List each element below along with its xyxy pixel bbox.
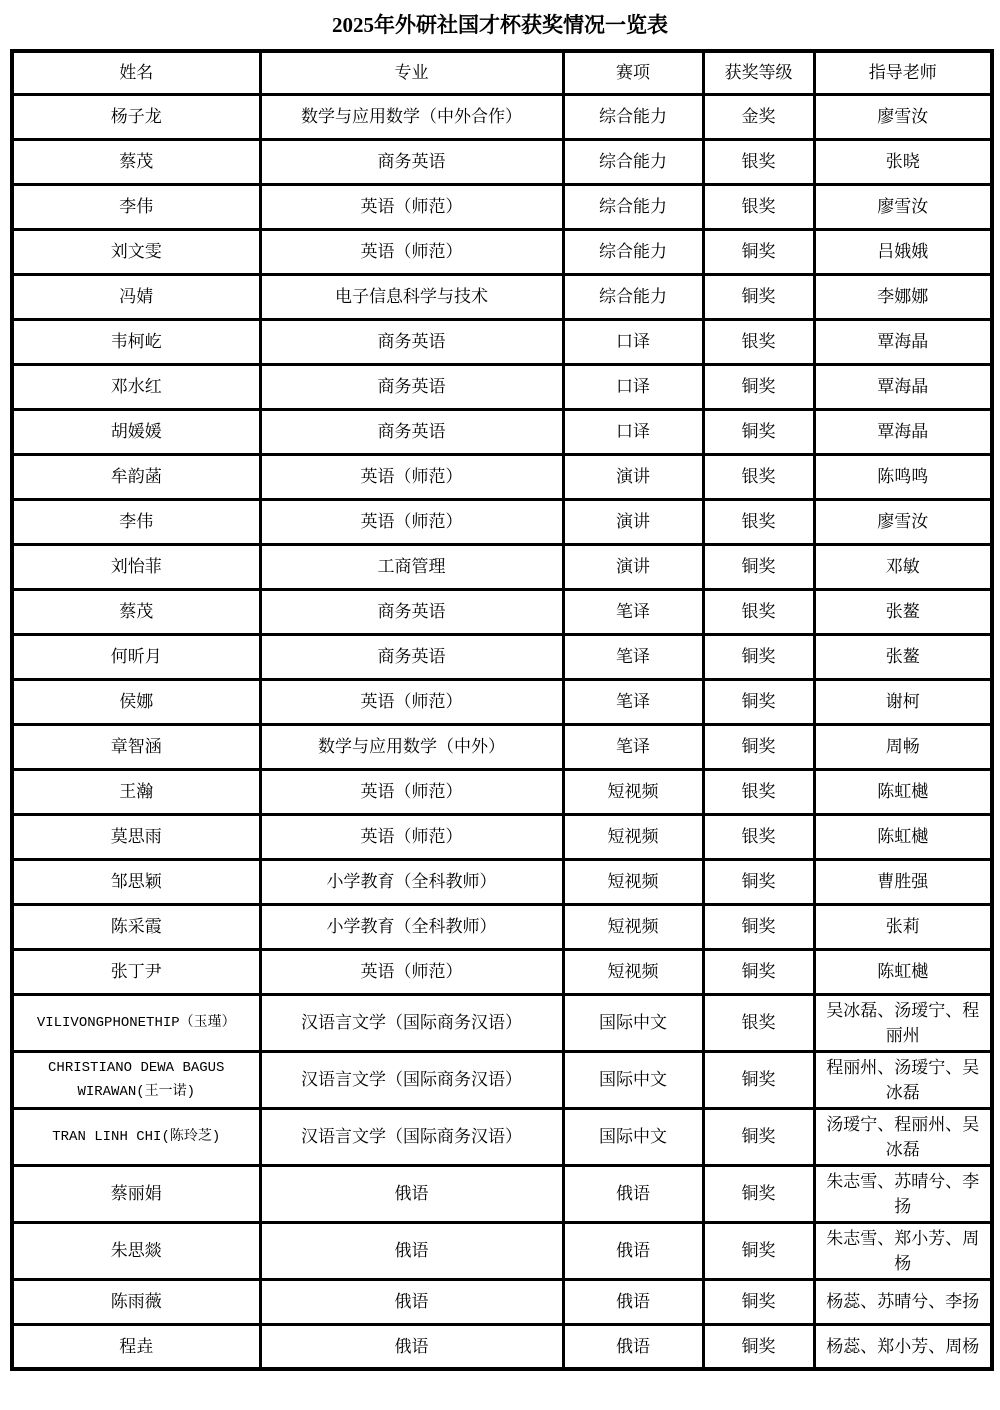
table-row: 蔡丽娟俄语俄语铜奖朱志雪、苏晴兮、李扬 — [12, 1165, 992, 1222]
table-cell: 程丽州、汤瑷宁、吴冰磊 — [814, 1051, 992, 1108]
table-cell: 曹胜强 — [814, 859, 992, 904]
table-cell: 廖雪汝 — [814, 94, 992, 139]
table-row: 杨子龙数学与应用数学（中外合作）综合能力金奖廖雪汝 — [12, 94, 992, 139]
table-row: CHRISTIANO DEWA BAGUS WIRAWAN(王一诺)汉语言文学（… — [12, 1051, 992, 1108]
table-cell: 俄语 — [563, 1324, 703, 1369]
table-cell: 银奖 — [703, 589, 814, 634]
table-cell: 国际中文 — [563, 994, 703, 1051]
table-cell: 李伟 — [12, 184, 260, 229]
table-cell: 短视频 — [563, 769, 703, 814]
table-row: TRAN LINH CHI(陈玲芝)汉语言文学（国际商务汉语）国际中文铜奖汤瑷宁… — [12, 1108, 992, 1165]
table-cell: 综合能力 — [563, 229, 703, 274]
table-cell: 短视频 — [563, 949, 703, 994]
table-cell: 周畅 — [814, 724, 992, 769]
table-cell: 朱志雪、苏晴兮、李扬 — [814, 1165, 992, 1222]
table-cell: 杨子龙 — [12, 94, 260, 139]
table-cell: 英语（师范） — [260, 184, 563, 229]
table-row: 何昕月商务英语笔译铜奖张鳌 — [12, 634, 992, 679]
table-row: 蔡茂商务英语综合能力银奖张晓 — [12, 139, 992, 184]
table-cell: 铜奖 — [703, 364, 814, 409]
table-cell: 商务英语 — [260, 409, 563, 454]
table-row: 蔡茂商务英语笔译银奖张鳌 — [12, 589, 992, 634]
table-cell: 朱思燚 — [12, 1222, 260, 1279]
table-cell: 邹思颖 — [12, 859, 260, 904]
table-cell: 银奖 — [703, 814, 814, 859]
table-cell: 张晓 — [814, 139, 992, 184]
table-cell: 侯娜 — [12, 679, 260, 724]
table-cell: 何昕月 — [12, 634, 260, 679]
table-row: 程垚俄语俄语铜奖杨蕊、郑小芳、周杨 — [12, 1324, 992, 1369]
table-cell: 李伟 — [12, 499, 260, 544]
table-cell: 综合能力 — [563, 274, 703, 319]
table-cell: 笔译 — [563, 589, 703, 634]
table-cell: 廖雪汝 — [814, 499, 992, 544]
table-cell: 笔译 — [563, 679, 703, 724]
table-cell: 铜奖 — [703, 1165, 814, 1222]
table-cell: 俄语 — [563, 1222, 703, 1279]
table-cell: 铜奖 — [703, 1279, 814, 1324]
table-cell: 银奖 — [703, 184, 814, 229]
table-row: 朱思燚俄语俄语铜奖朱志雪、郑小芳、周杨 — [12, 1222, 992, 1279]
table-row: 陈采霞小学教育（全科教师）短视频铜奖张莉 — [12, 904, 992, 949]
table-cell: 蔡丽娟 — [12, 1165, 260, 1222]
table-cell: 廖雪汝 — [814, 184, 992, 229]
table-cell: 汤瑷宁、程丽州、吴冰磊 — [814, 1108, 992, 1165]
table-cell: 张鳌 — [814, 589, 992, 634]
table-row: 王瀚英语（师范）短视频银奖陈虹樾 — [12, 769, 992, 814]
table-cell: 张莉 — [814, 904, 992, 949]
table-cell: 牟韵菡 — [12, 454, 260, 499]
table-cell: 银奖 — [703, 139, 814, 184]
table-cell: 银奖 — [703, 499, 814, 544]
table-row: 莫思雨英语（师范）短视频银奖陈虹樾 — [12, 814, 992, 859]
table-cell: 陈采霞 — [12, 904, 260, 949]
table-row: 邓水红商务英语口译铜奖覃海晶 — [12, 364, 992, 409]
table-cell: VILIVONGPHONETHIP（玉瑾） — [12, 994, 260, 1051]
table-cell: 商务英语 — [260, 319, 563, 364]
table-cell: 吕娥娥 — [814, 229, 992, 274]
table-cell: 短视频 — [563, 814, 703, 859]
table-cell: 银奖 — [703, 454, 814, 499]
table-cell: 汉语言文学（国际商务汉语） — [260, 1108, 563, 1165]
table-cell: 刘文雯 — [12, 229, 260, 274]
table-cell: 短视频 — [563, 904, 703, 949]
table-cell: 胡媛媛 — [12, 409, 260, 454]
table-cell: 俄语 — [260, 1324, 563, 1369]
table-cell: 覃海晶 — [814, 409, 992, 454]
table-cell: 杨蕊、郑小芳、周杨 — [814, 1324, 992, 1369]
table-cell: 铜奖 — [703, 274, 814, 319]
table-cell: 国际中文 — [563, 1051, 703, 1108]
table-cell: 俄语 — [563, 1279, 703, 1324]
table-cell: 铜奖 — [703, 949, 814, 994]
table-cell: 银奖 — [703, 769, 814, 814]
table-row: 冯婧电子信息科学与技术综合能力铜奖李娜娜 — [12, 274, 992, 319]
table-cell: 英语（师范） — [260, 499, 563, 544]
table-cell: 英语（师范） — [260, 454, 563, 499]
table-cell: 综合能力 — [563, 184, 703, 229]
table-cell: TRAN LINH CHI(陈玲芝) — [12, 1108, 260, 1165]
column-header: 姓名 — [12, 51, 260, 94]
column-header: 获奖等级 — [703, 51, 814, 94]
table-cell: 综合能力 — [563, 94, 703, 139]
table-row: 侯娜英语（师范）笔译铜奖谢柯 — [12, 679, 992, 724]
table-cell: 数学与应用数学（中外） — [260, 724, 563, 769]
table-cell: 铜奖 — [703, 1324, 814, 1369]
table-cell: 冯婧 — [12, 274, 260, 319]
column-header: 指导老师 — [814, 51, 992, 94]
table-cell: 英语（师范） — [260, 814, 563, 859]
table-cell: 英语（师范） — [260, 769, 563, 814]
table-cell: 俄语 — [260, 1222, 563, 1279]
table-cell: CHRISTIANO DEWA BAGUS WIRAWAN(王一诺) — [12, 1051, 260, 1108]
table-row: 李伟英语（师范）综合能力银奖廖雪汝 — [12, 184, 992, 229]
table-cell: 综合能力 — [563, 139, 703, 184]
table-cell: 商务英语 — [260, 589, 563, 634]
table-cell: 汉语言文学（国际商务汉语） — [260, 994, 563, 1051]
table-cell: 口译 — [563, 409, 703, 454]
table-cell: 俄语 — [563, 1165, 703, 1222]
column-header: 专业 — [260, 51, 563, 94]
table-cell: 笔译 — [563, 724, 703, 769]
table-cell: 蔡茂 — [12, 139, 260, 184]
table-body: 杨子龙数学与应用数学（中外合作）综合能力金奖廖雪汝蔡茂商务英语综合能力银奖张晓李… — [12, 94, 992, 1369]
table-cell: 铜奖 — [703, 1051, 814, 1108]
table-cell: 陈雨薇 — [12, 1279, 260, 1324]
page-title: 2025年外研社国才杯获奖情况一览表 — [0, 0, 1000, 38]
table-row: 韦柯屹商务英语口译银奖覃海晶 — [12, 319, 992, 364]
document-page: 2025年外研社国才杯获奖情况一览表 姓名专业赛项获奖等级指导老师 杨子龙数学与… — [0, 0, 1000, 1410]
table-cell: 铜奖 — [703, 409, 814, 454]
table-row: 牟韵菡英语（师范）演讲银奖陈鸣鸣 — [12, 454, 992, 499]
table-row: 李伟英语（师范）演讲银奖廖雪汝 — [12, 499, 992, 544]
table-row: 邹思颖小学教育（全科教师）短视频铜奖曹胜强 — [12, 859, 992, 904]
table-cell: 短视频 — [563, 859, 703, 904]
table-cell: 章智涵 — [12, 724, 260, 769]
table-cell: 蔡茂 — [12, 589, 260, 634]
table-cell: 韦柯屹 — [12, 319, 260, 364]
table-cell: 口译 — [563, 364, 703, 409]
table-cell: 铜奖 — [703, 679, 814, 724]
table-cell: 陈虹樾 — [814, 814, 992, 859]
table-cell: 邓水红 — [12, 364, 260, 409]
table-cell: 谢柯 — [814, 679, 992, 724]
table-cell: 演讲 — [563, 499, 703, 544]
table-cell: 英语（师范） — [260, 679, 563, 724]
table-cell: 刘怡菲 — [12, 544, 260, 589]
table-cell: 金奖 — [703, 94, 814, 139]
table-cell: 工商管理 — [260, 544, 563, 589]
table-cell: 数学与应用数学（中外合作） — [260, 94, 563, 139]
table-row: 章智涵数学与应用数学（中外）笔译铜奖周畅 — [12, 724, 992, 769]
table-cell: 铜奖 — [703, 1222, 814, 1279]
awards-table: 姓名专业赛项获奖等级指导老师 杨子龙数学与应用数学（中外合作）综合能力金奖廖雪汝… — [10, 49, 994, 1371]
table-header-row: 姓名专业赛项获奖等级指导老师 — [12, 51, 992, 94]
table-cell: 口译 — [563, 319, 703, 364]
table-cell: 铜奖 — [703, 859, 814, 904]
table-cell: 汉语言文学（国际商务汉语） — [260, 1051, 563, 1108]
table-cell: 杨蕊、苏晴兮、李扬 — [814, 1279, 992, 1324]
table-cell: 莫思雨 — [12, 814, 260, 859]
table-cell: 小学教育（全科教师） — [260, 904, 563, 949]
table-cell: 铜奖 — [703, 544, 814, 589]
table-cell: 陈鸣鸣 — [814, 454, 992, 499]
table-cell: 小学教育（全科教师） — [260, 859, 563, 904]
table-cell: 吴冰磊、汤瑷宁、程丽州 — [814, 994, 992, 1051]
table-row: VILIVONGPHONETHIP（玉瑾）汉语言文学（国际商务汉语）国际中文银奖… — [12, 994, 992, 1051]
table-cell: 朱志雪、郑小芳、周杨 — [814, 1222, 992, 1279]
table-row: 刘怡菲工商管理演讲铜奖邓敏 — [12, 544, 992, 589]
table-cell: 商务英语 — [260, 139, 563, 184]
table-cell: 英语（师范） — [260, 949, 563, 994]
table-cell: 铜奖 — [703, 904, 814, 949]
column-header: 赛项 — [563, 51, 703, 94]
table-cell: 商务英语 — [260, 364, 563, 409]
table-cell: 铜奖 — [703, 229, 814, 274]
table-cell: 俄语 — [260, 1165, 563, 1222]
table-cell: 英语（师范） — [260, 229, 563, 274]
table-cell: 国际中文 — [563, 1108, 703, 1165]
table-cell: 铜奖 — [703, 724, 814, 769]
table-cell: 覃海晶 — [814, 364, 992, 409]
table-cell: 铜奖 — [703, 1108, 814, 1165]
table-row: 胡媛媛商务英语口译铜奖覃海晶 — [12, 409, 992, 454]
table-cell: 铜奖 — [703, 634, 814, 679]
table-cell: 张鳌 — [814, 634, 992, 679]
table-cell: 电子信息科学与技术 — [260, 274, 563, 319]
table-row: 刘文雯英语（师范）综合能力铜奖吕娥娥 — [12, 229, 992, 274]
table-cell: 李娜娜 — [814, 274, 992, 319]
table-cell: 邓敏 — [814, 544, 992, 589]
table-cell: 覃海晶 — [814, 319, 992, 364]
table-cell: 王瀚 — [12, 769, 260, 814]
table-cell: 演讲 — [563, 544, 703, 589]
table-cell: 陈虹樾 — [814, 769, 992, 814]
table-cell: 陈虹樾 — [814, 949, 992, 994]
table-cell: 俄语 — [260, 1279, 563, 1324]
table-cell: 笔译 — [563, 634, 703, 679]
table-cell: 银奖 — [703, 319, 814, 364]
table-cell: 程垚 — [12, 1324, 260, 1369]
table-cell: 演讲 — [563, 454, 703, 499]
table-row: 陈雨薇俄语俄语铜奖杨蕊、苏晴兮、李扬 — [12, 1279, 992, 1324]
table-row: 张丁尹英语（师范）短视频铜奖陈虹樾 — [12, 949, 992, 994]
table-cell: 商务英语 — [260, 634, 563, 679]
table-cell: 银奖 — [703, 994, 814, 1051]
table-cell: 张丁尹 — [12, 949, 260, 994]
